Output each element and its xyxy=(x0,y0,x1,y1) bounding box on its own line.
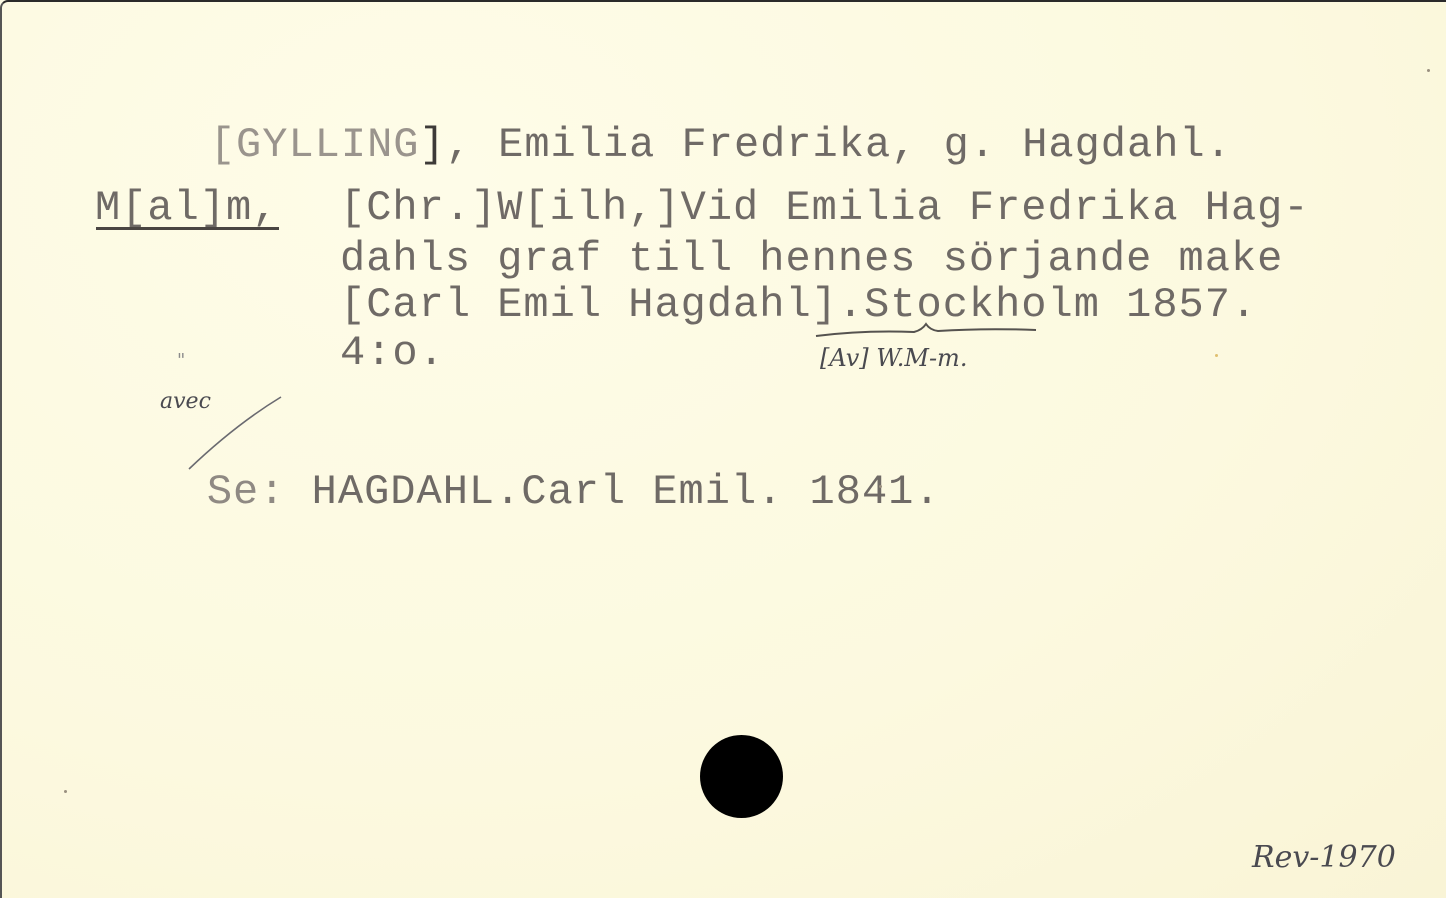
author-abbreviation: M[al]m, xyxy=(95,187,278,229)
see-also-prefix: Se: xyxy=(207,468,286,516)
title-line-1: [Chr.]W[ilh,]Vid Emilia Fredrika Hag- xyxy=(340,187,1310,229)
punch-hole xyxy=(700,735,783,818)
heading-bracket-open: [ xyxy=(210,121,236,169)
heading-inferred-name: GYLLING xyxy=(236,121,419,169)
paper-speck xyxy=(879,485,882,488)
paper-speck xyxy=(1427,69,1430,72)
revision-note: Rev-1970 xyxy=(1252,840,1396,875)
handwritten-annotation: [Av] W.M-m. xyxy=(820,344,967,372)
brace-mark xyxy=(814,322,1054,342)
margin-ditto-mark: " xyxy=(177,350,185,371)
heading-rest: , Emilia Fredrika, g. Hagdahl. xyxy=(446,121,1232,169)
catalog-card: [GYLLING], Emilia Fredrika, g. Hagdahl. … xyxy=(0,0,1446,898)
see-also-reference: HAGDAHL.Carl Emil. 1841. xyxy=(312,468,941,516)
title-line-3: [Carl Emil Hagdahl].Stockholm 1857. xyxy=(340,284,1257,326)
paper-speck xyxy=(64,790,67,793)
paper-speck xyxy=(1215,354,1218,357)
format-line: 4:o. xyxy=(340,332,445,374)
author-underline xyxy=(96,227,279,230)
see-also-line: Se: HAGDAHL.Carl Emil. 1841. xyxy=(102,429,941,555)
heading-bracket-close: ] xyxy=(419,121,445,169)
title-line-2: dahls graf till hennes sörjande make xyxy=(340,238,1283,280)
